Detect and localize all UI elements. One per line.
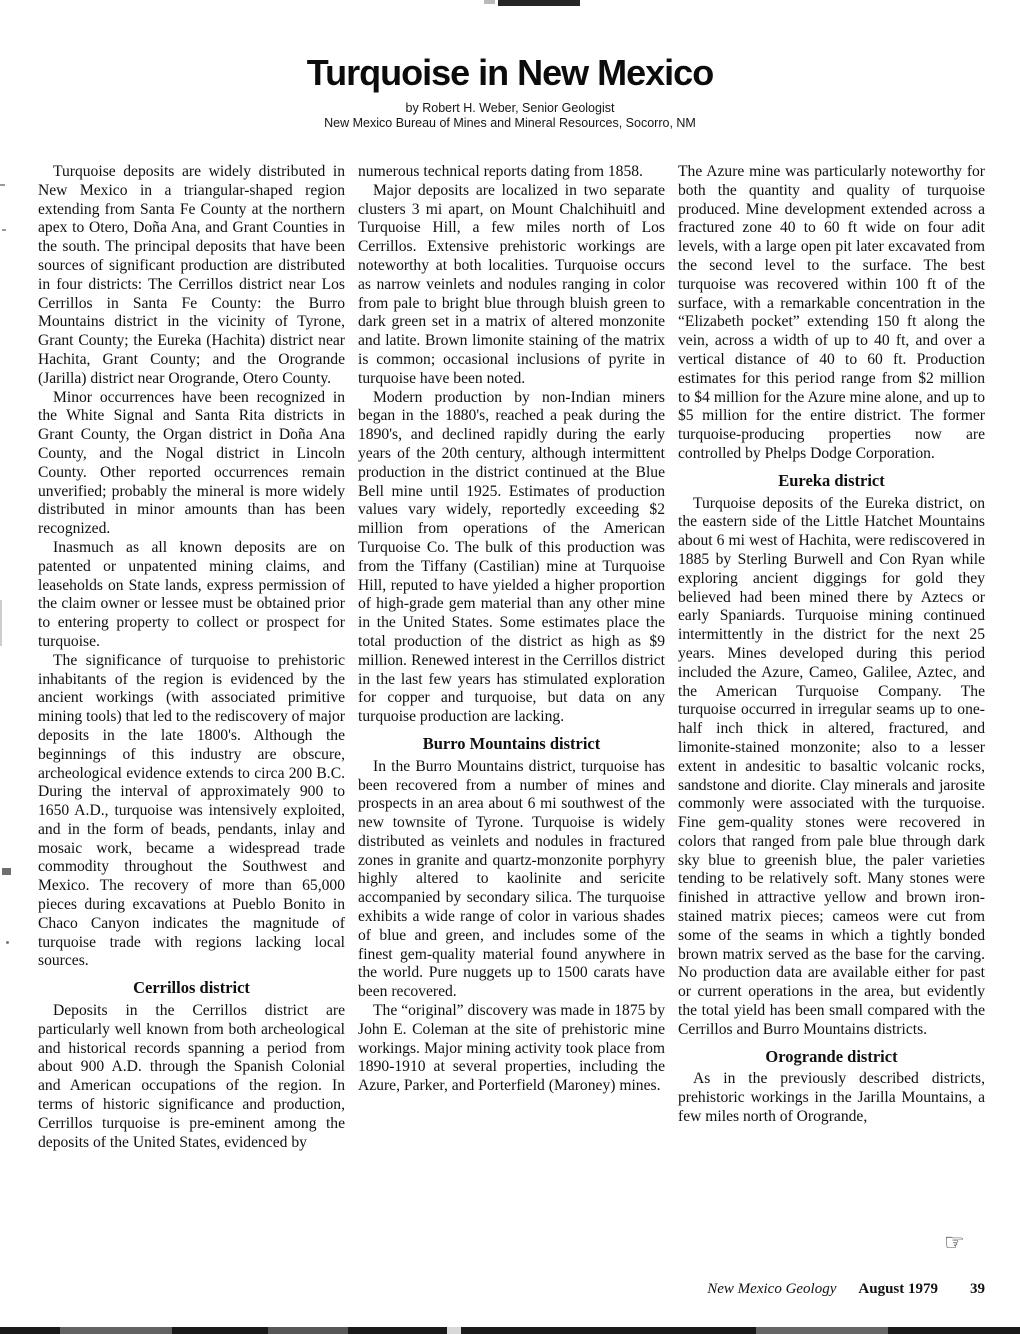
article-body: Turquoise deposits are widely distribute…: [38, 163, 985, 1152]
paragraph-prehistoric-significance: The significance of turquoise to prehist…: [38, 652, 345, 972]
section-heading-orogrande: Orogrande district: [678, 1048, 985, 1067]
paragraph-claims: Inasmuch as all known deposits are on pa…: [38, 539, 345, 652]
paragraph-minor-occurrences: Minor occurrences have been recognized i…: [38, 389, 345, 539]
paragraph-orogrande: As in the previously described districts…: [678, 1070, 985, 1126]
paragraph-continuation: numerous technical reports dating from 1…: [358, 163, 665, 182]
column-3: The Azure mine was particularly notewort…: [678, 163, 985, 1152]
scan-artifact: [484, 0, 495, 4]
article-title: Turquoise in New Mexico: [0, 54, 1020, 92]
column-1: Turquoise deposits are widely distribute…: [38, 163, 345, 1152]
scan-artifact: [0, 600, 2, 646]
issue-date: August 1979: [858, 1281, 938, 1297]
byline-affiliation: New Mexico Bureau of Mines and Mineral R…: [0, 116, 1020, 131]
scan-artifact: [60, 1327, 172, 1334]
section-heading-eureka: Eureka district: [678, 472, 985, 491]
byline-author: by Robert H. Weber, Senior Geologist: [0, 101, 1020, 116]
scan-artifact: [447, 1327, 461, 1334]
article-page: Turquoise in New Mexico by Robert H. Web…: [0, 0, 1020, 1334]
paragraph-cerrillos-deposits: Deposits in the Cerrillos district are p…: [38, 1002, 345, 1152]
paragraph-intro: Turquoise deposits are widely distribute…: [38, 163, 345, 389]
paragraph-original-discovery: The “original” discovery was made in 187…: [358, 1002, 665, 1096]
paragraph-eureka-deposits: Turquoise deposits of the Eureka distric…: [678, 495, 985, 1040]
paragraph-burro-mountains: In the Burro Mountains district, turquoi…: [358, 758, 665, 1002]
scan-artifact: [0, 184, 5, 186]
scan-artifact: [498, 0, 580, 6]
paragraph-azure-mine: The Azure mine was particularly notewort…: [678, 163, 985, 464]
scan-artifact: [2, 229, 6, 231]
scan-artifact: [2, 868, 11, 875]
article-header: Turquoise in New Mexico by Robert H. Web…: [0, 54, 1020, 130]
section-heading-burro-mountains: Burro Mountains district: [358, 735, 665, 754]
paragraph-major-deposits: Major deposits are localized in two sepa…: [358, 182, 665, 389]
byline: by Robert H. Weber, Senior Geologist New…: [0, 101, 1020, 130]
scan-artifact: [756, 1327, 888, 1334]
column-2: numerous technical reports dating from 1…: [358, 163, 665, 1152]
page-footer: New Mexico GeologyAugust 197939: [707, 1281, 985, 1298]
page-number: 39: [970, 1281, 985, 1297]
scan-artifact: [6, 941, 9, 944]
journal-name: New Mexico Geology: [707, 1281, 836, 1297]
paragraph-modern-production: Modern production by non-Indian miners b…: [358, 389, 665, 727]
continued-pointing-hand-icon: ☞: [944, 1230, 965, 1256]
section-heading-cerrillos: Cerrillos district: [38, 979, 345, 998]
scan-artifact: [268, 1327, 348, 1334]
